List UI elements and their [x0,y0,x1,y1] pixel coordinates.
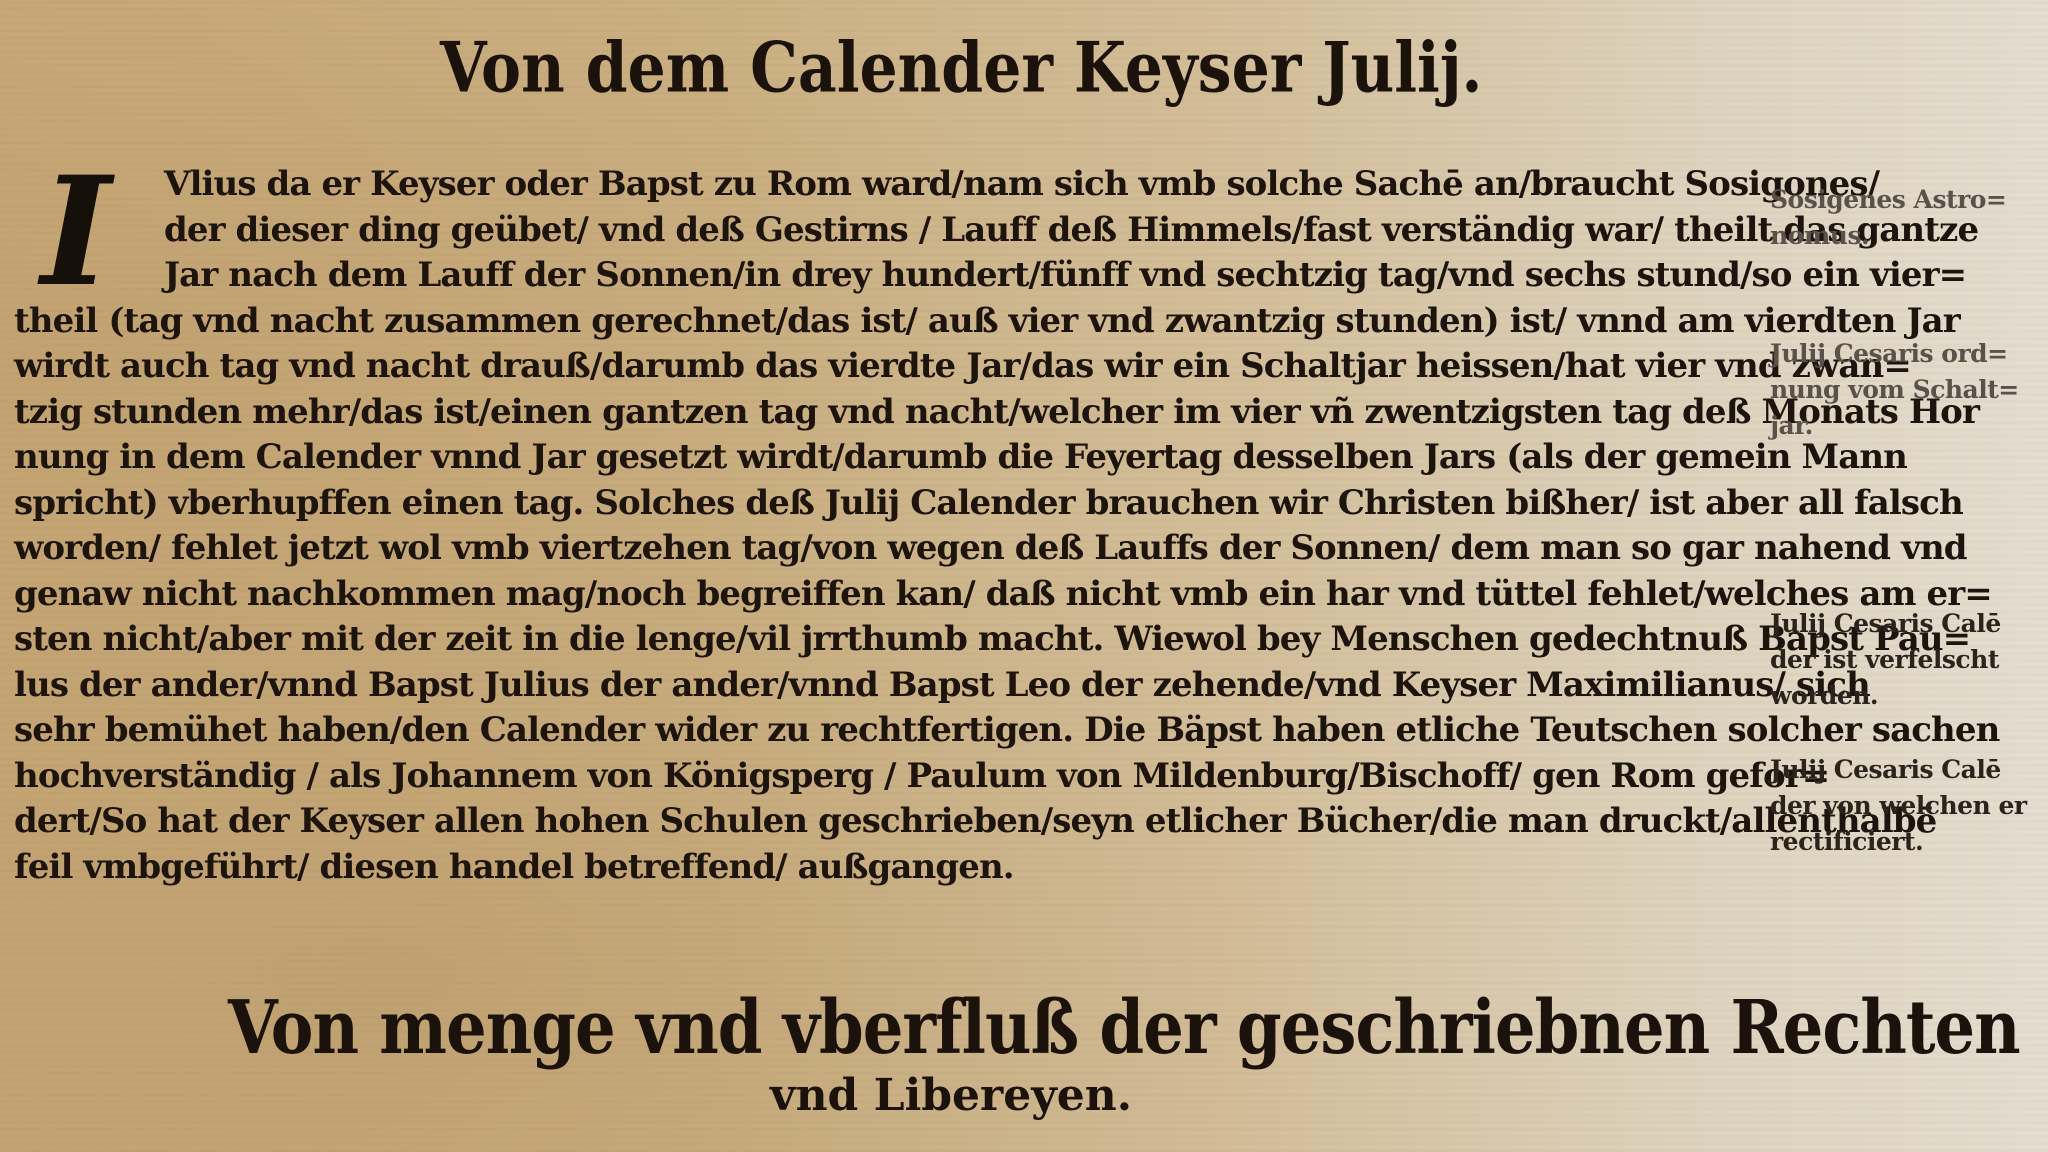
marginal-note-calendar-falsified: Julij Cesaris Calē der ist verfelscht wo… [1770,606,2040,714]
text-line: tzig stunden mehr/das ist/einen gantzen … [14,390,1774,436]
text-line: Vlius da er Keyser oder Bapst zu Rom war… [14,162,1774,208]
marginal-note-sosigenes: Sosigenes Astro= nomus. [1770,182,2040,254]
text-line: Jar nach dem Lauff der Sonnen/in drey hu… [14,253,1774,299]
text-line: spricht) vberhupffen einen tag. Solches … [14,481,1774,527]
text-line: worden/ fehlet jetzt wol vmb viertzehen … [14,526,1774,572]
marginal-note-calendar-rectified: Julij Cesaris Calē der von welchen er re… [1770,752,2040,860]
text-line: theil (tag vnd nacht zusammen gerechnet/… [14,299,1774,345]
text-line: der dieser ding geübet/ vnd deß Gestirns… [14,208,1774,254]
marginal-note-leap-year: Julij Cesaris ord= nung vom Schalt= jar. [1770,336,2040,444]
next-chapter-subtitle: vnd Libereyen. [770,1070,1132,1121]
text-line: hochverständig / als Johannem von Königs… [14,754,1774,800]
text-line: genaw nicht nachkommen mag/noch begreiff… [14,572,1774,618]
text-line: feil vmbgeführt/ diesen handel betreffen… [14,845,1774,891]
text-line: sten nicht/aber mit der zeit in die leng… [14,617,1774,663]
body-paragraph: Vlius da er Keyser oder Bapst zu Rom war… [14,162,1774,890]
text-line: sehr bemühet haben/den Calender wider zu… [14,708,1774,754]
text-line: dert/So hat der Keyser allen hohen Schul… [14,799,1774,845]
chapter-title: Von dem Calender Keyser Julij. [440,28,1482,109]
text-line: lus der ander/vnnd Bapst Julius der ande… [14,663,1774,709]
text-line: wirdt auch tag vnd nacht drauß/darumb da… [14,344,1774,390]
text-line: nung in dem Calender vnnd Jar gesetzt wi… [14,435,1774,481]
next-chapter-title: Von menge vnd vberfluß der geschriebnen … [228,985,2020,1071]
